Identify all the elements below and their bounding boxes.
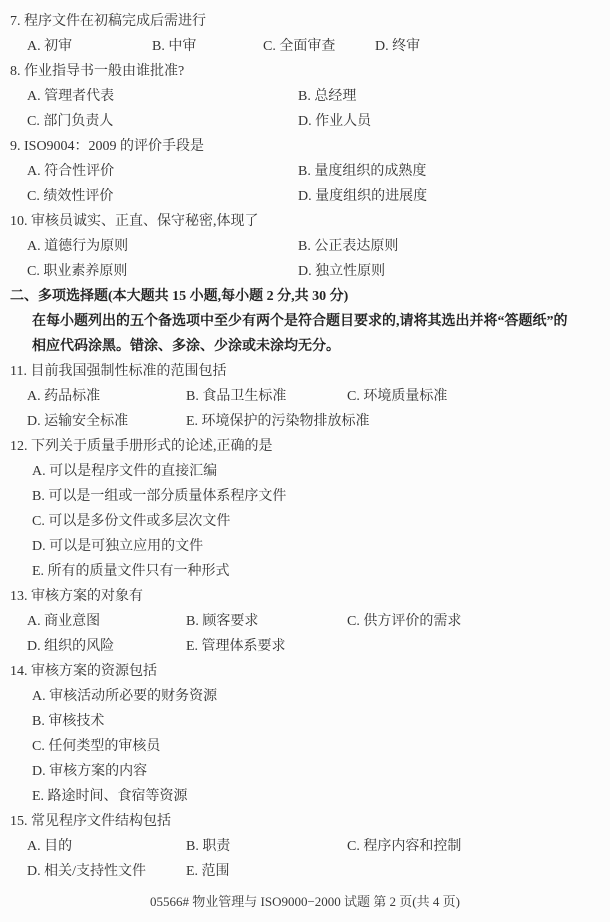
question-7-option-a: A. 初审 [27, 34, 72, 59]
question-7-options-row: A. 初审 B. 中审 C. 全面审查 D. 终审 [0, 34, 610, 59]
question-14-option-a: A. 审核活动所必要的财务资源 [0, 684, 610, 709]
question-7-option-c: C. 全面审查 [263, 34, 335, 59]
question-11-option-e: E. 环境保护的污染物排放标准 [186, 409, 370, 434]
question-7-option-d: D. 终审 [375, 34, 420, 59]
question-13-stem: 13. 审核方案的对象有 [0, 584, 610, 609]
question-10-options-row-2: C. 职业素养原则 D. 独立性原则 [0, 259, 610, 284]
question-11-option-d: D. 运输安全标准 [27, 409, 128, 434]
question-12-option-b: B. 可以是一组或一部分质量体系程序文件 [0, 484, 610, 509]
question-15-option-d: D. 相关/支持性文件 [27, 859, 146, 884]
question-15-option-a: A. 目的 [27, 834, 72, 859]
question-10-option-a: A. 道德行为原则 [27, 234, 128, 259]
question-7-stem: 7. 程序文件在初稿完成后需进行 [0, 9, 610, 34]
question-9-options-row-1: A. 符合性评价 B. 量度组织的成熟度 [0, 159, 610, 184]
question-11-option-c: C. 环境质量标准 [347, 384, 447, 409]
question-10-stem: 10. 审核员诚实、正直、保守秘密,体现了 [0, 209, 610, 234]
question-11-stem: 11. 目前我国强制性标准的范围包括 [0, 359, 610, 384]
question-14-option-b: B. 审核技术 [0, 709, 610, 734]
question-12-option-d: D. 可以是可独立应用的文件 [0, 534, 610, 559]
question-13-option-c: C. 供方评价的需求 [347, 609, 461, 634]
section-2-heading: 二、多项选择题(本大题共 15 小题,每小题 2 分,共 30 分) [0, 284, 610, 309]
question-10-option-b: B. 公正表达原则 [298, 234, 398, 259]
question-15-options-row-1: A. 目的 B. 职责 C. 程序内容和控制 [0, 834, 610, 859]
question-9-option-b: B. 量度组织的成熟度 [298, 159, 426, 184]
question-8-option-c: C. 部门负责人 [27, 109, 113, 134]
question-11-options-row-1: A. 药品标准 B. 食品卫生标准 C. 环境质量标准 [0, 384, 610, 409]
question-8-option-b: B. 总经理 [298, 84, 356, 109]
question-14-option-c: C. 任何类型的审核员 [0, 734, 610, 759]
section-2-instruction-line-1: 在每小题列出的五个备选项中至少有两个是符合题目要求的,请将其选出并将“答题纸”的 [0, 309, 610, 334]
question-9-option-d: D. 量度组织的进展度 [298, 184, 427, 209]
question-8-options-row-2: C. 部门负责人 D. 作业人员 [0, 109, 610, 134]
question-12-option-a: A. 可以是程序文件的直接汇编 [0, 459, 610, 484]
page-footer: 05566# 物业管理与 ISO9000−2000 试题 第 2 页(共 4 页… [0, 889, 610, 914]
question-14-option-e: E. 路途时间、食宿等资源 [0, 784, 610, 809]
question-15-options-row-2: D. 相关/支持性文件 E. 范围 [0, 859, 610, 884]
question-10-options-row-1: A. 道德行为原则 B. 公正表达原则 [0, 234, 610, 259]
question-8-stem: 8. 作业指导书一般由谁批准? [0, 59, 610, 84]
question-13-options-row-1: A. 商业意图 B. 顾客要求 C. 供方评价的需求 [0, 609, 610, 634]
question-13-options-row-2: D. 组织的风险 E. 管理体系要求 [0, 634, 610, 659]
question-11-options-row-2: D. 运输安全标准 E. 环境保护的污染物排放标准 [0, 409, 610, 434]
question-13-option-b: B. 顾客要求 [186, 609, 258, 634]
section-2-instruction-line-2: 相应代码涂黑。错涂、多涂、少涂或未涂均无分。 [0, 334, 610, 359]
question-7-option-b: B. 中审 [152, 34, 196, 59]
question-13-option-a: A. 商业意图 [27, 609, 100, 634]
question-13-option-e: E. 管理体系要求 [186, 634, 286, 659]
question-11-option-b: B. 食品卫生标准 [186, 384, 286, 409]
question-12-option-e: E. 所有的质量文件只有一种形式 [0, 559, 610, 584]
question-15-option-c: C. 程序内容和控制 [347, 834, 461, 859]
question-14-option-d: D. 审核方案的内容 [0, 759, 610, 784]
question-15-option-e: E. 范围 [186, 859, 230, 884]
question-12-option-c: C. 可以是多份文件或多层次文件 [0, 509, 610, 534]
question-10-option-d: D. 独立性原则 [298, 259, 385, 284]
question-9-options-row-2: C. 绩效性评价 D. 量度组织的进展度 [0, 184, 610, 209]
question-13-option-d: D. 组织的风险 [27, 634, 114, 659]
question-14-stem: 14. 审核方案的资源包括 [0, 659, 610, 684]
question-8-option-a: A. 管理者代表 [27, 84, 114, 109]
exam-paper-page: 7. 程序文件在初稿完成后需进行 A. 初审 B. 中审 C. 全面审查 D. … [0, 0, 610, 922]
question-15-stem: 15. 常见程序文件结构包括 [0, 809, 610, 834]
question-9-stem: 9. ISO9004：2009 的评价手段是 [0, 134, 610, 159]
question-11-option-a: A. 药品标准 [27, 384, 100, 409]
question-12-stem: 12. 下列关于质量手册形式的论述,正确的是 [0, 434, 610, 459]
question-10-option-c: C. 职业素养原则 [27, 259, 127, 284]
question-8-option-d: D. 作业人员 [298, 109, 371, 134]
question-9-option-c: C. 绩效性评价 [27, 184, 113, 209]
question-15-option-b: B. 职责 [186, 834, 230, 859]
question-9-option-a: A. 符合性评价 [27, 159, 114, 184]
question-8-options-row-1: A. 管理者代表 B. 总经理 [0, 84, 610, 109]
